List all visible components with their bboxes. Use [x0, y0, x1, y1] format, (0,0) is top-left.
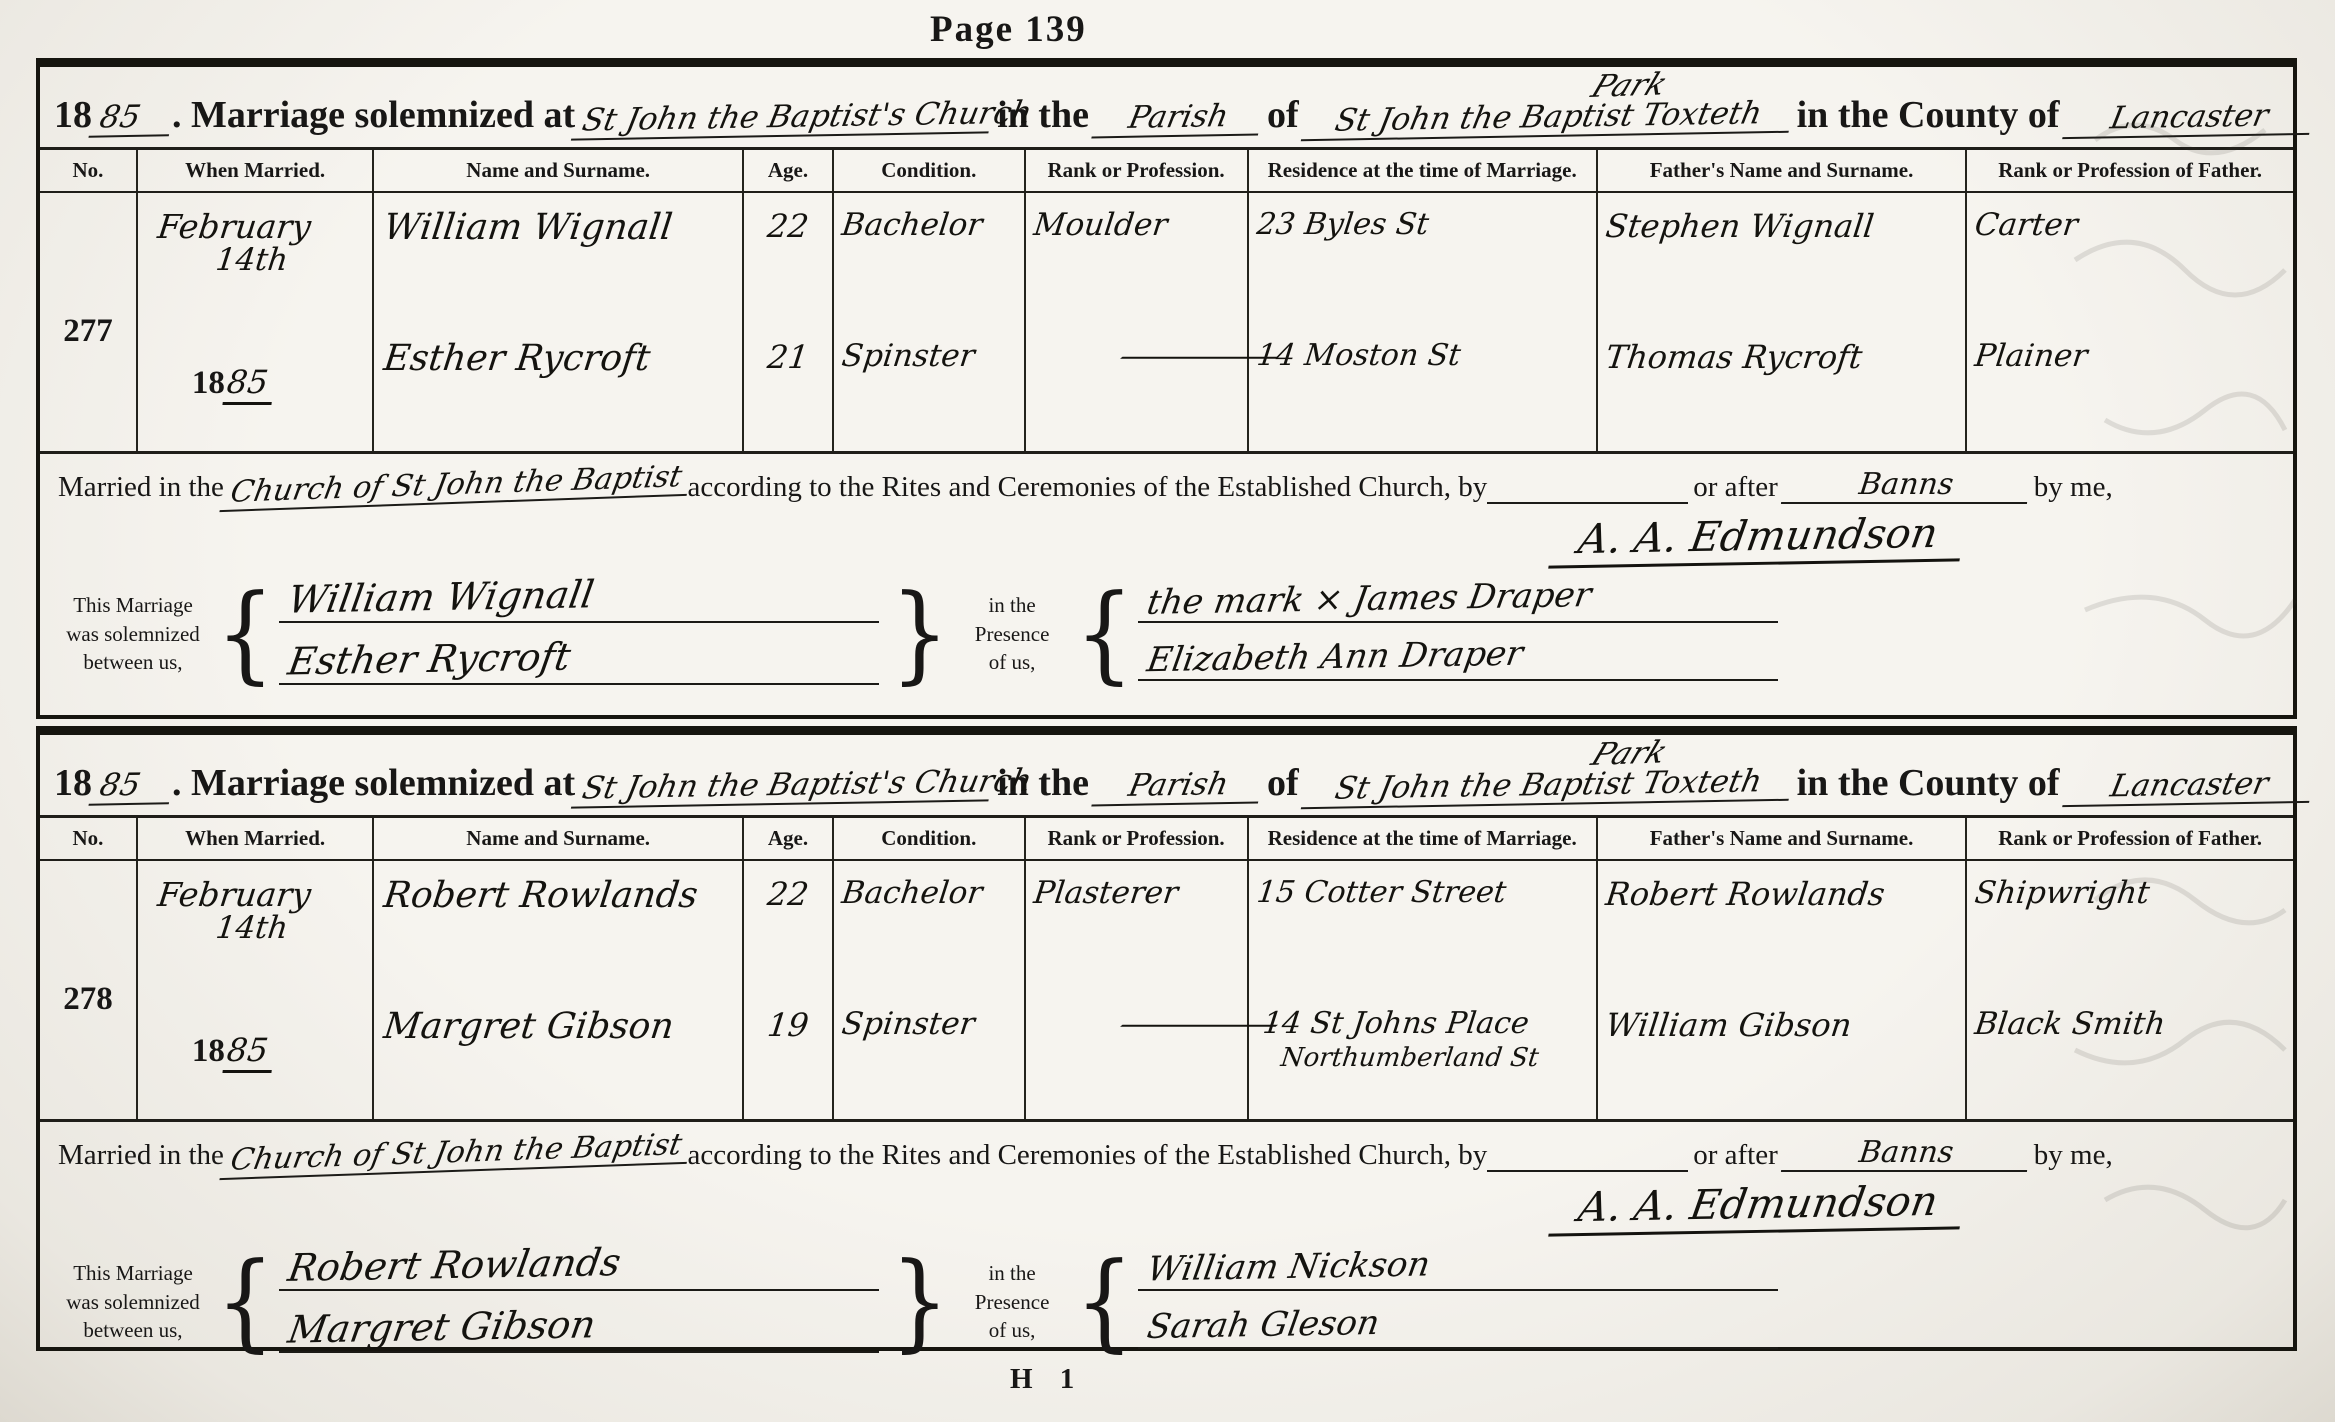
- bride-residence-cell: 14 St Johns Place Northumberland St: [1249, 1000, 1596, 1079]
- col-profession: Rank or Profession.: [1025, 817, 1248, 861]
- bride-age: 21: [741, 332, 835, 382]
- month: February: [141, 207, 313, 246]
- certificate-header: 1885. Marriage solemnized at St John the…: [40, 67, 2293, 147]
- this-marriage-line1: This Marriage: [54, 1259, 212, 1287]
- groom-signature: William Wignall: [285, 572, 597, 621]
- year-handwritten: 85: [88, 101, 175, 137]
- col-age: Age.: [743, 817, 833, 861]
- year-cell-handwritten: 85: [222, 363, 276, 405]
- parish-name-text: St John the Baptist Toxteth: [1332, 95, 1765, 138]
- by-blank-fill: [1487, 1168, 1688, 1172]
- rites-label: according to the Rites and Ceremonies of…: [688, 1139, 1488, 1172]
- page-number: Page 139: [930, 8, 1087, 51]
- groom-signature: Robert Rowlands: [285, 1240, 624, 1290]
- this-marriage-line3: between us,: [54, 1316, 212, 1344]
- entry-row-277: 277 February 14th 1885 William Wignall E…: [40, 192, 2293, 451]
- col-residence: Residence at the time of Marriage.: [1248, 149, 1597, 193]
- col-condition: Condition.: [833, 817, 1025, 861]
- open-brace: {: [212, 1254, 279, 1349]
- groom-age: 22: [741, 201, 835, 251]
- this-marriage-label: This Marriage was solemnized between us,: [54, 591, 212, 676]
- parish-above-word: Park: [1587, 737, 1671, 771]
- col-residence: Residence at the time of Marriage.: [1248, 817, 1597, 861]
- or-after-label: or after: [1688, 471, 1783, 504]
- groom-profession: Plasterer: [1023, 869, 1250, 917]
- bride-father-profession: Black Smith: [1964, 1000, 2296, 1048]
- bride-residence: 14 Moston St: [1246, 332, 1599, 379]
- this-marriage-line3: between us,: [54, 648, 212, 676]
- col-age: Age.: [743, 149, 833, 193]
- of-label: of: [1261, 761, 1305, 805]
- groom-father: Stephen Wignall: [1595, 201, 1969, 251]
- bride-condition: Spinster: [831, 1000, 1026, 1048]
- presence-label: in the Presence of us,: [953, 591, 1071, 676]
- day: 14th: [214, 242, 290, 278]
- married-in-line: Married in the Church of St John the Bap…: [40, 451, 2293, 510]
- day: 14th: [214, 910, 290, 946]
- bride-father: William Gibson: [1595, 1000, 1969, 1050]
- close-brace: }: [887, 586, 954, 681]
- by-me-label: by me,: [2029, 1139, 2118, 1172]
- witness-2-signature: Sarah Gleson: [1144, 1303, 1382, 1347]
- witness-1-signature: the mark × James Draper: [1144, 575, 1594, 623]
- married-in-label: Married in the: [58, 1139, 224, 1172]
- bride-residence-line2: Northumberland St: [1253, 1043, 1540, 1073]
- year-prefix: 18: [54, 761, 92, 805]
- table-header-row: No. When Married. Name and Surname. Age.…: [40, 149, 2293, 193]
- col-when-married: When Married.: [137, 817, 374, 861]
- parish-word-fill: Parish: [1091, 101, 1264, 139]
- couple-signatures: Robert Rowlands Margret Gibson: [279, 1237, 887, 1367]
- col-father: Father's Name and Surname.: [1597, 817, 1966, 861]
- col-no: No.: [40, 817, 137, 861]
- open-brace: {: [212, 586, 279, 681]
- witness-brace: {: [1071, 1254, 1138, 1349]
- bride-signature: Margret Gibson: [285, 1302, 599, 1351]
- col-no: No.: [40, 149, 137, 193]
- presence-label: in the Presence of us,: [953, 1259, 1071, 1344]
- bride-father: Thomas Rycroft: [1595, 332, 1969, 382]
- couple-signatures: William Wignall Esther Rycroft: [279, 569, 887, 699]
- col-name: Name and Surname.: [373, 149, 742, 193]
- bride-residence: 14 St Johns Place: [1252, 1006, 1530, 1041]
- certificate-header: 1885. Marriage solemnized at St John the…: [40, 735, 2293, 815]
- presence-line3: of us,: [953, 1316, 1071, 1344]
- col-father-profession: Rank or Profession of Father.: [1966, 817, 2293, 861]
- county-fill: Lancaster: [2062, 100, 2316, 139]
- bride-name: Esther Rycroft: [371, 332, 745, 385]
- year-cell: 1885: [192, 1031, 274, 1073]
- witness-signatures: the mark × James Draper Elizabeth Ann Dr…: [1138, 573, 1786, 695]
- married-in-line: Married in the Church of St John the Bap…: [40, 1119, 2293, 1178]
- when-married-cell: February 14th: [138, 869, 373, 952]
- banns-fill: Banns: [1781, 1138, 2031, 1172]
- this-marriage-label: This Marriage was solemnized between us,: [54, 1259, 212, 1344]
- this-marriage-line2: was solemnized: [54, 620, 212, 648]
- col-name: Name and Surname.: [373, 817, 742, 861]
- marriage-certificate-277: 1885. Marriage solemnized at St John the…: [36, 58, 2297, 719]
- presence-line1: in the: [953, 591, 1071, 619]
- register-table: No. When Married. Name and Surname. Age.…: [40, 815, 2293, 1119]
- month: February: [141, 875, 313, 914]
- witness-brace: {: [1071, 586, 1138, 681]
- groom-father-profession: Carter: [1964, 201, 2296, 249]
- witness-signatures: William Nickson Sarah Gleson: [1138, 1241, 1786, 1363]
- of-label: of: [1261, 93, 1305, 137]
- register-page-scan: Page 139 1885. Marriage solemnized at St…: [0, 0, 2335, 1422]
- parish-name-fill: St John the Baptist ToxtethPark: [1300, 766, 1795, 809]
- year-prefix: 18: [54, 93, 92, 137]
- solemnized-label: . Marriage solemnized at: [172, 93, 575, 137]
- rites-label: according to the Rites and Ceremonies of…: [688, 471, 1488, 504]
- groom-residence: 23 Byles St: [1246, 201, 1599, 248]
- col-father-profession: Rank or Profession of Father.: [1966, 149, 2293, 193]
- witness-2-signature: Elizabeth Ann Draper: [1144, 634, 1526, 681]
- married-in-church-fill: Church of St John the Baptist: [219, 1130, 692, 1180]
- county-fill: Lancaster: [2062, 768, 2316, 807]
- parish-above-word: Park: [1587, 69, 1671, 103]
- year-cell-handwritten: 85: [222, 1031, 276, 1073]
- county-label: in the County of: [1791, 93, 2066, 137]
- presence-line2: Presence: [953, 1288, 1071, 1316]
- groom-residence: 15 Cotter Street: [1246, 869, 1599, 916]
- church-name-fill: St John the Baptist's Church: [571, 766, 995, 808]
- groom-condition: Bachelor: [831, 201, 1026, 249]
- parish-word-fill: Parish: [1091, 769, 1264, 807]
- table-header-row: No. When Married. Name and Surname. Age.…: [40, 817, 2293, 861]
- by-blank-fill: [1487, 500, 1688, 504]
- groom-father-profession: Shipwright: [1964, 869, 2296, 917]
- officiant-row: A. A. Edmundson: [40, 512, 2293, 565]
- presence-line1: in the: [953, 1259, 1071, 1287]
- witness-1-signature: William Nickson: [1144, 1245, 1432, 1290]
- parish-name-fill: St John the Baptist ToxtethPark: [1300, 98, 1795, 141]
- by-me-label: by me,: [2029, 471, 2118, 504]
- groom-profession: Moulder: [1023, 201, 1250, 249]
- presence-line2: Presence: [953, 620, 1071, 648]
- officiant-signature: A. A. Edmundson: [1549, 508, 1968, 568]
- col-profession: Rank or Profession.: [1025, 149, 1248, 193]
- year-handwritten: 85: [88, 769, 175, 805]
- married-in-label: Married in the: [58, 471, 224, 504]
- register-table: No. When Married. Name and Surname. Age.…: [40, 147, 2293, 451]
- year-cell-prefix: 18: [192, 365, 225, 401]
- groom-age: 22: [741, 869, 835, 919]
- parish-name-text: St John the Baptist Toxteth: [1332, 763, 1765, 806]
- marriage-certificate-278: 1885. Marriage solemnized at St John the…: [36, 726, 2297, 1351]
- married-in-church-fill: Church of St John the Baptist: [219, 462, 692, 512]
- bride-father-profession: Plainer: [1964, 332, 2296, 380]
- close-brace: }: [887, 1254, 954, 1349]
- county-label: in the County of: [1791, 761, 2066, 805]
- signatures-area: This Marriage was solemnized between us,…: [40, 565, 2293, 699]
- signatures-area: This Marriage was solemnized between us,…: [40, 1233, 2293, 1367]
- footer-mark: H 1: [1010, 1363, 1084, 1396]
- groom-father: Robert Rowlands: [1595, 869, 1969, 919]
- col-father: Father's Name and Surname.: [1597, 149, 1966, 193]
- groom-name: Robert Rowlands: [371, 869, 745, 922]
- year-cell: 1885: [192, 363, 274, 405]
- groom-condition: Bachelor: [831, 869, 1026, 917]
- entry-number: 277: [40, 307, 136, 356]
- col-condition: Condition.: [833, 149, 1025, 193]
- when-married-cell: February 14th: [138, 201, 373, 284]
- bride-signature: Esther Rycroft: [285, 635, 574, 684]
- entry-number: 278: [40, 975, 136, 1024]
- this-marriage-line1: This Marriage: [54, 591, 212, 619]
- banns-fill: Banns: [1781, 470, 2031, 504]
- year-cell-prefix: 18: [192, 1033, 225, 1069]
- groom-name: William Wignall: [371, 201, 745, 254]
- bride-name: Margret Gibson: [371, 1000, 745, 1053]
- entry-row-278: 278 February 14th 1885 Robert Rowlands M…: [40, 860, 2293, 1119]
- col-when-married: When Married.: [137, 149, 374, 193]
- this-marriage-line2: was solemnized: [54, 1288, 212, 1316]
- church-name-fill: St John the Baptist's Church: [571, 98, 995, 140]
- or-after-label: or after: [1688, 1139, 1783, 1172]
- officiant-signature: A. A. Edmundson: [1549, 1176, 1968, 1236]
- officiant-row: A. A. Edmundson: [40, 1180, 2293, 1233]
- bride-condition: Spinster: [831, 332, 1026, 380]
- solemnized-label: . Marriage solemnized at: [172, 761, 575, 805]
- bride-age: 19: [741, 1000, 835, 1050]
- presence-line3: of us,: [953, 648, 1071, 676]
